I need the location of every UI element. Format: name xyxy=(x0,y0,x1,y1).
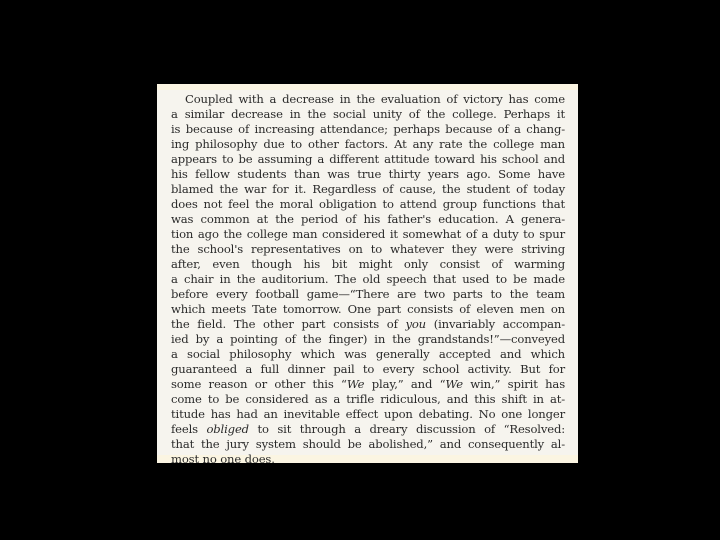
scanned-page: Coupled with a decrease in the evaluatio… xyxy=(157,84,578,463)
text-line: which meets Tate tomorrow. One part cons… xyxy=(171,302,565,317)
text-segment: (invariably accompan- xyxy=(426,317,565,331)
text-line: the school's representatives on to whate… xyxy=(171,242,565,257)
text-line: come to be considered as a trifle ridicu… xyxy=(171,392,565,407)
text-line: is because of increasing attendance; per… xyxy=(171,122,565,137)
text-line: titude has had an inevitable effect upon… xyxy=(171,407,565,422)
text-segment: some reason or other this “ xyxy=(171,377,347,391)
text-line: feels obliged to sit through a dreary di… xyxy=(171,422,565,437)
text-line: most no one does. xyxy=(171,452,565,467)
page-top-edge xyxy=(157,84,578,90)
text-line: blamed the war for it. Regardless of cau… xyxy=(171,182,565,197)
text-line: ied by a pointing of the finger) in the … xyxy=(171,332,565,347)
text-line: after, even though his bit might only co… xyxy=(171,257,565,272)
italic-emphasis: We xyxy=(445,377,463,391)
text-line: before every football game—“There are tw… xyxy=(171,287,565,302)
body-paragraph: Coupled with a decrease in the evaluatio… xyxy=(171,92,565,467)
italic-emphasis: obliged xyxy=(206,422,248,436)
text-line: was common at the period of his father's… xyxy=(171,212,565,227)
text-line: guaranteed a full dinner pail to every s… xyxy=(171,362,565,377)
text-segment: play,” and “ xyxy=(364,377,445,391)
text-segment: feels xyxy=(171,422,206,436)
text-line: the field. The other part consists of yo… xyxy=(171,317,565,332)
text-segment: the field. The other part consists of xyxy=(171,317,405,331)
text-line: ing philosophy due to other factors. At … xyxy=(171,137,565,152)
text-line: some reason or other this “We play,” and… xyxy=(171,377,565,392)
text-line: a chair in the auditorium. The old speec… xyxy=(171,272,565,287)
text-line: does not feel the moral obligation to at… xyxy=(171,197,565,212)
text-line: tion ago the college man considered it s… xyxy=(171,227,565,242)
text-line: a similar decrease in the social unity o… xyxy=(171,107,565,122)
text-line: a social philosophy which was generally … xyxy=(171,347,565,362)
text-line: Coupled with a decrease in the evaluatio… xyxy=(171,92,565,107)
text-segment: to sit through a dreary discussion of “R… xyxy=(249,422,565,436)
italic-emphasis: you xyxy=(405,317,426,331)
text-line: that the jury system should be abolished… xyxy=(171,437,565,452)
italic-emphasis: We xyxy=(347,377,365,391)
text-segment: win,” spirit has xyxy=(463,377,565,391)
text-line: appears to be assuming a different attit… xyxy=(171,152,565,167)
text-line: his fellow students than was true thirty… xyxy=(171,167,565,182)
